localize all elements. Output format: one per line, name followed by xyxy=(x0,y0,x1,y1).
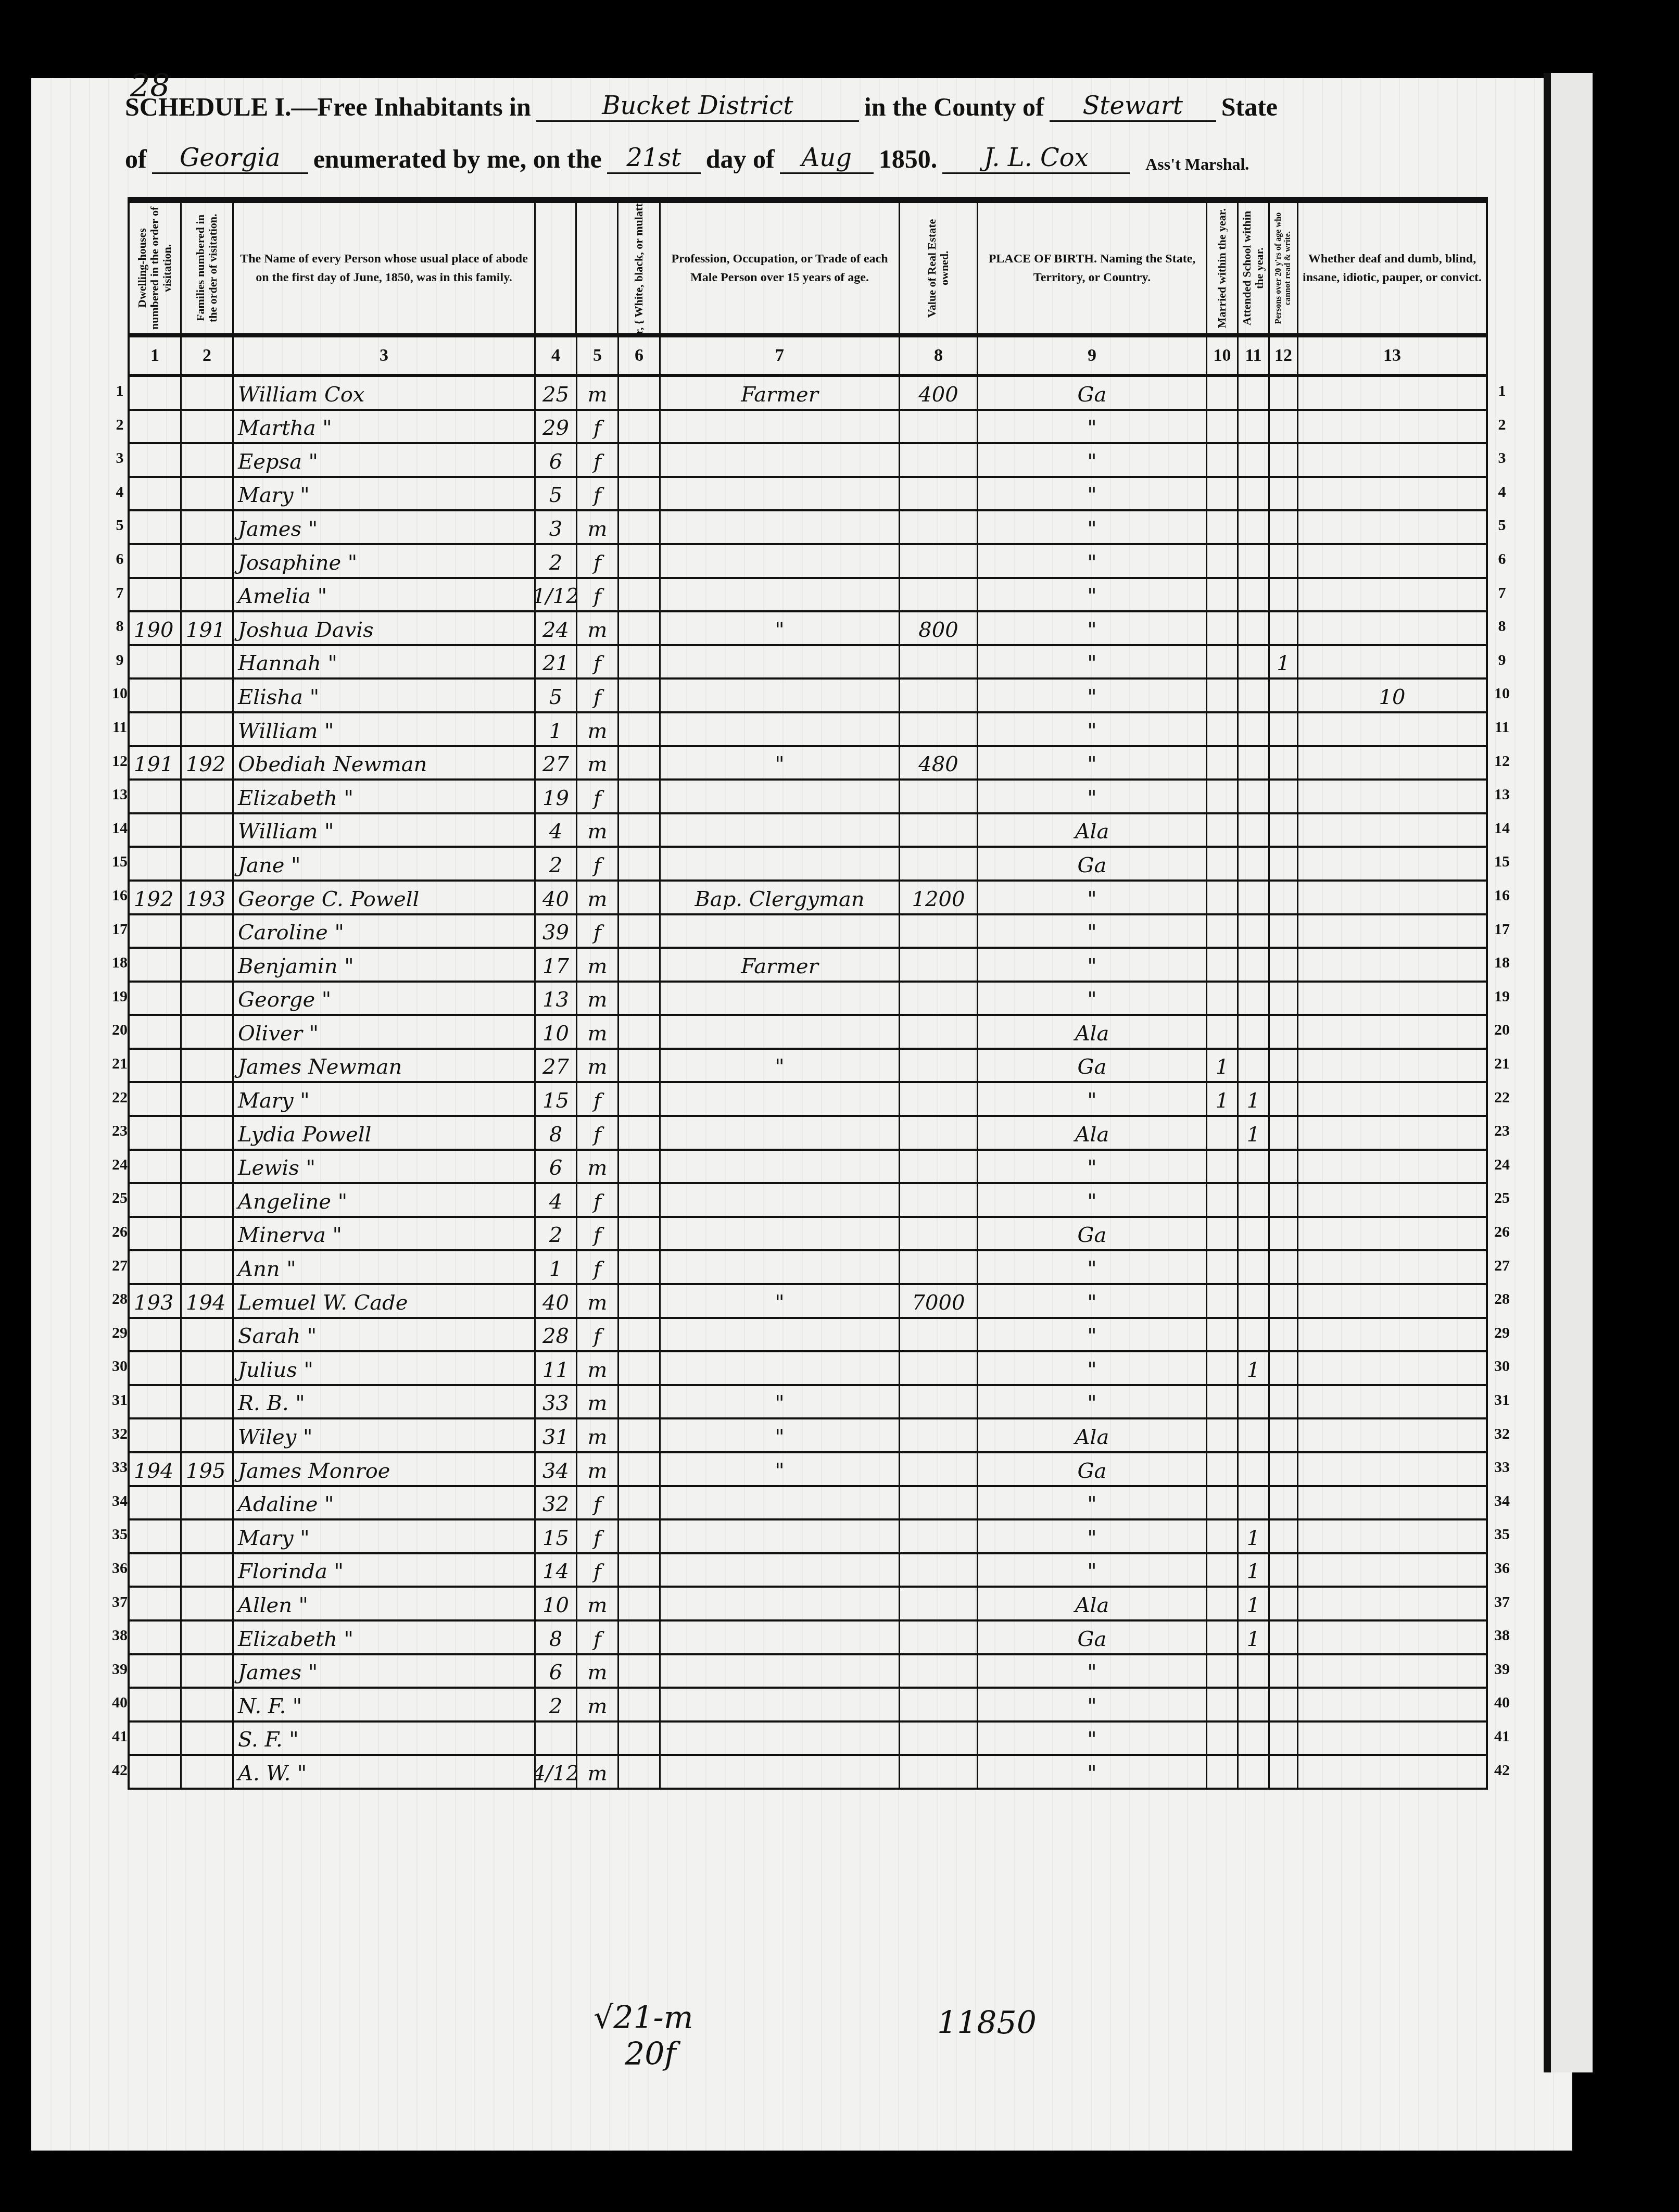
cell-real-estate xyxy=(900,848,978,879)
cell-illiterate xyxy=(1270,1083,1298,1115)
cell-married xyxy=(1207,1655,1239,1687)
cell-real-estate xyxy=(900,1756,978,1788)
facing-page-edge xyxy=(1544,73,1593,2072)
cell-real-estate xyxy=(900,1117,978,1149)
cell-illiterate xyxy=(1270,1218,1298,1250)
col-num-7: 7 xyxy=(661,337,900,374)
cell-color xyxy=(619,747,661,779)
col-header-sex: Sex. xyxy=(577,203,618,333)
cell-real-estate xyxy=(900,1184,978,1216)
cell-illiterate xyxy=(1270,680,1298,711)
cell-birthplace: " xyxy=(978,1723,1207,1754)
cell-sex: f xyxy=(577,1251,619,1283)
table-row: Angeline "4f" xyxy=(130,1184,1486,1218)
cell-color xyxy=(619,545,661,577)
cell-occupation xyxy=(661,1756,900,1788)
cell-birthplace: " xyxy=(978,1756,1207,1788)
cell-color xyxy=(619,1285,661,1317)
cell-name: Joshua Davis xyxy=(234,612,536,644)
table-row: Minerva "2fGa xyxy=(130,1218,1486,1252)
cell-dwelling: 193 xyxy=(130,1285,182,1317)
line-number: 9 xyxy=(1486,651,1518,669)
cell-school xyxy=(1239,1487,1270,1519)
cell-family xyxy=(182,1184,234,1216)
cell-birthplace: " xyxy=(978,1386,1207,1418)
cell-dwelling xyxy=(130,1319,182,1351)
cell-occupation xyxy=(661,1184,900,1216)
cell-school xyxy=(1239,511,1270,543)
table-row: Caroline "39f" xyxy=(130,915,1486,949)
cell-family xyxy=(182,1083,234,1115)
cell-dwelling xyxy=(130,646,182,678)
cell-family xyxy=(182,915,234,947)
cell-illiterate xyxy=(1270,511,1298,543)
cell-notes xyxy=(1298,545,1486,577)
cell-married xyxy=(1207,983,1239,1014)
cell-name: Jane " xyxy=(234,848,536,879)
line-number: 14 xyxy=(1486,820,1518,837)
cell-name: William " xyxy=(234,713,536,745)
cell-notes xyxy=(1298,882,1486,913)
cell-married xyxy=(1207,1520,1239,1552)
cell-birthplace: " xyxy=(978,1352,1207,1384)
table-row: Lydia Powell8fAla1 xyxy=(130,1117,1486,1151)
cell-name: Wiley " xyxy=(234,1419,536,1451)
cell-sex: m xyxy=(577,511,619,543)
cell-age: 31 xyxy=(536,1419,577,1451)
cell-dwelling xyxy=(130,1756,182,1788)
cell-birthplace: Ala xyxy=(978,814,1207,846)
cell-color xyxy=(619,680,661,711)
cell-family xyxy=(182,1756,234,1788)
line-number: 24 xyxy=(104,1156,135,1174)
line-number: 13 xyxy=(104,786,135,803)
cell-married xyxy=(1207,949,1239,981)
cell-real-estate xyxy=(900,1689,978,1720)
cell-school xyxy=(1239,949,1270,981)
cell-married xyxy=(1207,377,1239,409)
cell-family xyxy=(182,579,234,611)
cell-sex: m xyxy=(577,1352,619,1384)
cell-dwelling xyxy=(130,1352,182,1384)
cell-occupation xyxy=(661,1083,900,1115)
cell-color xyxy=(619,713,661,745)
district-field: Bucket District xyxy=(536,91,859,122)
line-number: 8 xyxy=(104,618,135,635)
table-row: Benjamin "17mFarmer" xyxy=(130,949,1486,983)
cell-married xyxy=(1207,1723,1239,1754)
line-number: 31 xyxy=(104,1391,135,1409)
schedule-title-line: SCHEDULE I.—Free Inhabitants in Bucket D… xyxy=(125,91,1479,122)
cell-sex: f xyxy=(577,478,619,510)
col-header-school: Attended School within the year. xyxy=(1239,203,1270,333)
cell-name: Florinda " xyxy=(234,1554,536,1586)
col-header-age: Age. xyxy=(536,203,577,333)
cell-school xyxy=(1239,411,1270,443)
cell-real-estate xyxy=(900,1218,978,1250)
cell-color xyxy=(619,478,661,510)
line-number: 19 xyxy=(1486,988,1518,1006)
cell-notes xyxy=(1298,1251,1486,1283)
cell-notes xyxy=(1298,1588,1486,1619)
cell-school xyxy=(1239,848,1270,879)
cell-family xyxy=(182,1117,234,1149)
cell-notes xyxy=(1298,1756,1486,1788)
cell-married xyxy=(1207,1184,1239,1216)
col-num-8: 8 xyxy=(900,337,978,374)
month-field: Aug xyxy=(780,143,874,174)
cell-occupation xyxy=(661,545,900,577)
cell-sex: m xyxy=(577,1285,619,1317)
cell-dwelling xyxy=(130,1487,182,1519)
cell-birthplace: Ga xyxy=(978,1622,1207,1653)
cell-notes xyxy=(1298,646,1486,678)
cell-color xyxy=(619,1756,661,1788)
cell-sex: f xyxy=(577,1319,619,1351)
cell-real-estate xyxy=(900,949,978,981)
cell-occupation: " xyxy=(661,612,900,644)
cell-color xyxy=(619,1352,661,1384)
table-row: Ann "1f" xyxy=(130,1251,1486,1285)
cell-married: 1 xyxy=(1207,1050,1239,1082)
cell-real-estate xyxy=(900,1520,978,1552)
cell-birthplace: " xyxy=(978,713,1207,745)
cell-dwelling xyxy=(130,1117,182,1149)
line-number: 26 xyxy=(104,1223,135,1241)
line-number: 38 xyxy=(1486,1627,1518,1644)
line-number: 12 xyxy=(104,752,135,770)
cell-color xyxy=(619,1050,661,1082)
state-field: Georgia xyxy=(152,143,308,174)
cell-notes xyxy=(1298,1218,1486,1250)
cell-family xyxy=(182,949,234,981)
marshal-label: Ass't Marshal. xyxy=(1145,155,1249,174)
table-row: Adaline "32f" xyxy=(130,1487,1486,1521)
cell-color xyxy=(619,915,661,947)
cell-real-estate xyxy=(900,1487,978,1519)
cell-sex: m xyxy=(577,377,619,409)
cell-family xyxy=(182,1016,234,1048)
col-header-real-estate: Value of Real Estate owned. xyxy=(900,203,978,333)
cell-school: 1 xyxy=(1239,1117,1270,1149)
line-number: 27 xyxy=(1486,1257,1518,1275)
cell-age: 15 xyxy=(536,1083,577,1115)
cell-family xyxy=(182,511,234,543)
cell-sex: f xyxy=(577,680,619,711)
cell-age: 3 xyxy=(536,511,577,543)
cell-married xyxy=(1207,612,1239,644)
cell-age: 32 xyxy=(536,1487,577,1519)
cell-color xyxy=(619,444,661,476)
table-row: Martha "29f" xyxy=(130,411,1486,445)
cell-sex: m xyxy=(577,747,619,779)
cell-illiterate xyxy=(1270,1117,1298,1149)
cell-name: N. F. " xyxy=(234,1689,536,1720)
cell-real-estate xyxy=(900,1655,978,1687)
cell-birthplace: " xyxy=(978,949,1207,981)
cell-color xyxy=(619,1218,661,1250)
col-header-occupation: Profession, Occupation, or Trade of each… xyxy=(661,203,900,333)
cell-notes xyxy=(1298,1419,1486,1451)
cell-notes xyxy=(1298,377,1486,409)
real-estate-total: 11850 xyxy=(937,2005,1037,2041)
cell-name: Mary " xyxy=(234,1520,536,1552)
cell-illiterate xyxy=(1270,377,1298,409)
cell-occupation xyxy=(661,781,900,812)
cell-birthplace: " xyxy=(978,882,1207,913)
cell-dwelling xyxy=(130,814,182,846)
cell-illiterate xyxy=(1270,1419,1298,1451)
col-num-1: 1 xyxy=(130,337,182,374)
cell-dwelling xyxy=(130,579,182,611)
cell-age: 4 xyxy=(536,1184,577,1216)
cell-occupation xyxy=(661,511,900,543)
cell-name: James " xyxy=(234,511,536,543)
line-number: 16 xyxy=(104,887,135,904)
cell-occupation: " xyxy=(661,1050,900,1082)
cell-color xyxy=(619,781,661,812)
cell-dwelling xyxy=(130,545,182,577)
line-number: 40 xyxy=(104,1694,135,1712)
cell-real-estate xyxy=(900,1083,978,1115)
cell-name: Obediah Newman xyxy=(234,747,536,779)
cell-color xyxy=(619,579,661,611)
cell-illiterate xyxy=(1270,1251,1298,1283)
cell-notes xyxy=(1298,411,1486,443)
cell-name: James Monroe xyxy=(234,1453,536,1485)
cell-school xyxy=(1239,579,1270,611)
cell-birthplace: " xyxy=(978,1487,1207,1519)
col-header-birthplace: PLACE OF BIRTH. Naming the State, Territ… xyxy=(978,203,1207,333)
cell-notes: 10 xyxy=(1298,680,1486,711)
cell-married xyxy=(1207,1352,1239,1384)
cell-color xyxy=(619,1386,661,1418)
cell-married xyxy=(1207,1689,1239,1720)
cell-color xyxy=(619,1419,661,1451)
cell-name: Minerva " xyxy=(234,1218,536,1250)
cell-name: William " xyxy=(234,814,536,846)
cell-color xyxy=(619,1622,661,1653)
cell-real-estate xyxy=(900,478,978,510)
cell-notes xyxy=(1298,814,1486,846)
column-header-row: Dwelling-houses numbered in the order of… xyxy=(130,203,1486,337)
cell-age: 19 xyxy=(536,781,577,812)
cell-notes xyxy=(1298,1689,1486,1720)
cell-family xyxy=(182,1151,234,1183)
cell-real-estate xyxy=(900,814,978,846)
cell-age: 5 xyxy=(536,680,577,711)
cell-real-estate xyxy=(900,1352,978,1384)
line-number: 13 xyxy=(1486,786,1518,803)
cell-name: Hannah " xyxy=(234,646,536,678)
cell-married xyxy=(1207,1756,1239,1788)
cell-school xyxy=(1239,1723,1270,1754)
cell-birthplace: Ala xyxy=(978,1419,1207,1451)
cell-birthplace: " xyxy=(978,1151,1207,1183)
cell-birthplace: " xyxy=(978,612,1207,644)
cell-married xyxy=(1207,1319,1239,1351)
cell-real-estate xyxy=(900,1251,978,1283)
line-number: 41 xyxy=(1486,1728,1518,1745)
cell-real-estate xyxy=(900,1151,978,1183)
cell-sex: f xyxy=(577,579,619,611)
year-label: 1850. xyxy=(879,144,938,174)
table-row: Mary "5f" xyxy=(130,478,1486,512)
cell-color xyxy=(619,882,661,913)
line-number: 20 xyxy=(104,1021,135,1039)
cell-color xyxy=(619,814,661,846)
cell-school xyxy=(1239,612,1270,644)
cell-age: 15 xyxy=(536,1520,577,1552)
table-row: Elisha "5f"10 xyxy=(130,680,1486,713)
cell-sex: m xyxy=(577,1655,619,1687)
cell-family xyxy=(182,983,234,1014)
cell-sex: f xyxy=(577,848,619,879)
cell-real-estate xyxy=(900,1050,978,1082)
line-number: 11 xyxy=(104,719,135,736)
cell-birthplace: " xyxy=(978,747,1207,779)
tally-count-2: 20f xyxy=(625,2036,676,2072)
cell-sex: f xyxy=(577,1184,619,1216)
cell-birthplace: " xyxy=(978,915,1207,947)
line-number: 38 xyxy=(104,1627,135,1644)
cell-notes xyxy=(1298,511,1486,543)
table-row: Mary "15f"1 xyxy=(130,1520,1486,1554)
cell-notes xyxy=(1298,713,1486,745)
cell-family xyxy=(182,1319,234,1351)
table-row: Lewis "6m" xyxy=(130,1151,1486,1185)
line-number: 36 xyxy=(104,1560,135,1577)
cell-age: 2 xyxy=(536,1689,577,1720)
cell-dwelling xyxy=(130,1655,182,1687)
line-number: 21 xyxy=(104,1055,135,1073)
census-table: Dwelling-houses numbered in the order of… xyxy=(128,197,1488,1790)
line-number: 27 xyxy=(104,1257,135,1275)
cell-occupation xyxy=(661,713,900,745)
cell-occupation xyxy=(661,814,900,846)
cell-school xyxy=(1239,1453,1270,1485)
cell-illiterate xyxy=(1270,1319,1298,1351)
cell-birthplace: Ala xyxy=(978,1016,1207,1048)
cell-real-estate xyxy=(900,1419,978,1451)
cell-school xyxy=(1239,1251,1270,1283)
cell-real-estate xyxy=(900,680,978,711)
cell-sex: m xyxy=(577,814,619,846)
cell-color xyxy=(619,1723,661,1754)
cell-notes xyxy=(1298,1352,1486,1384)
cell-married xyxy=(1207,646,1239,678)
cell-color xyxy=(619,646,661,678)
cell-sex: f xyxy=(577,1487,619,1519)
cell-illiterate xyxy=(1270,1352,1298,1384)
cell-sex: m xyxy=(577,1453,619,1485)
county-label: in the County of xyxy=(864,92,1044,122)
cell-married xyxy=(1207,1285,1239,1317)
cell-dwelling xyxy=(130,1689,182,1720)
cell-notes xyxy=(1298,1083,1486,1115)
cell-real-estate xyxy=(900,915,978,947)
cell-family xyxy=(182,646,234,678)
cell-notes xyxy=(1298,1554,1486,1586)
cell-sex: f xyxy=(577,646,619,678)
cell-occupation xyxy=(661,1655,900,1687)
line-number: 24 xyxy=(1486,1156,1518,1174)
cell-name: Benjamin " xyxy=(234,949,536,981)
cell-married xyxy=(1207,680,1239,711)
line-number: 17 xyxy=(1486,921,1518,938)
cell-birthplace: " xyxy=(978,511,1207,543)
cell-occupation xyxy=(661,1554,900,1586)
line-number: 20 xyxy=(1486,1021,1518,1039)
line-number: 31 xyxy=(1486,1391,1518,1409)
cell-dwelling xyxy=(130,444,182,476)
cell-age: 40 xyxy=(536,1285,577,1317)
cell-sex xyxy=(577,1723,619,1754)
line-number: 42 xyxy=(1486,1762,1518,1779)
table-row: 194195James Monroe34m"Ga xyxy=(130,1453,1486,1487)
cell-birthplace: " xyxy=(978,1285,1207,1317)
cell-dwelling xyxy=(130,1622,182,1653)
cell-birthplace: " xyxy=(978,1319,1207,1351)
cell-occupation xyxy=(661,1520,900,1552)
cell-occupation xyxy=(661,1319,900,1351)
col-num-12: 12 xyxy=(1270,337,1298,374)
col-num-4: 4 xyxy=(536,337,577,374)
table-row: R. B. "33m"" xyxy=(130,1386,1486,1420)
cell-notes xyxy=(1298,1487,1486,1519)
line-number: 33 xyxy=(1486,1459,1518,1476)
line-number: 10 xyxy=(104,685,135,702)
cell-family xyxy=(182,814,234,846)
cell-dwelling xyxy=(130,1151,182,1183)
cell-sex: m xyxy=(577,1689,619,1720)
line-number: 42 xyxy=(104,1762,135,1779)
cell-age: 39 xyxy=(536,915,577,947)
col-header-disability: Whether deaf and dumb, blind, insane, id… xyxy=(1298,203,1486,333)
cell-birthplace: Ala xyxy=(978,1117,1207,1149)
line-number: 9 xyxy=(104,651,135,669)
cell-married xyxy=(1207,1016,1239,1048)
table-row: Mary "15f"11 xyxy=(130,1083,1486,1117)
cell-occupation: " xyxy=(661,747,900,779)
line-number: 16 xyxy=(1486,887,1518,904)
table-row: James "6m" xyxy=(130,1655,1486,1689)
cell-birthplace: Ga xyxy=(978,1453,1207,1485)
cell-birthplace: " xyxy=(978,781,1207,812)
description-group: DESCRIPTION. Age. Sex. Color, { White, b… xyxy=(536,203,661,333)
line-number: 15 xyxy=(1486,853,1518,871)
line-number: 5 xyxy=(1486,517,1518,534)
scan-border-bottom xyxy=(0,2156,1679,2212)
cell-sex: f xyxy=(577,781,619,812)
cell-occupation xyxy=(661,646,900,678)
cell-name: James Newman xyxy=(234,1050,536,1082)
cell-married xyxy=(1207,1487,1239,1519)
cell-real-estate: 7000 xyxy=(900,1285,978,1317)
col-num-9: 9 xyxy=(978,337,1207,374)
cell-color xyxy=(619,1588,661,1619)
cell-family xyxy=(182,1622,234,1653)
cell-notes xyxy=(1298,1285,1486,1317)
cell-family xyxy=(182,848,234,879)
cell-school xyxy=(1239,377,1270,409)
cell-age: 6 xyxy=(536,1655,577,1687)
day-of-label: day of xyxy=(706,144,775,174)
cell-dwelling xyxy=(130,680,182,711)
cell-occupation: " xyxy=(661,1419,900,1451)
cell-sex: m xyxy=(577,1151,619,1183)
cell-color xyxy=(619,511,661,543)
